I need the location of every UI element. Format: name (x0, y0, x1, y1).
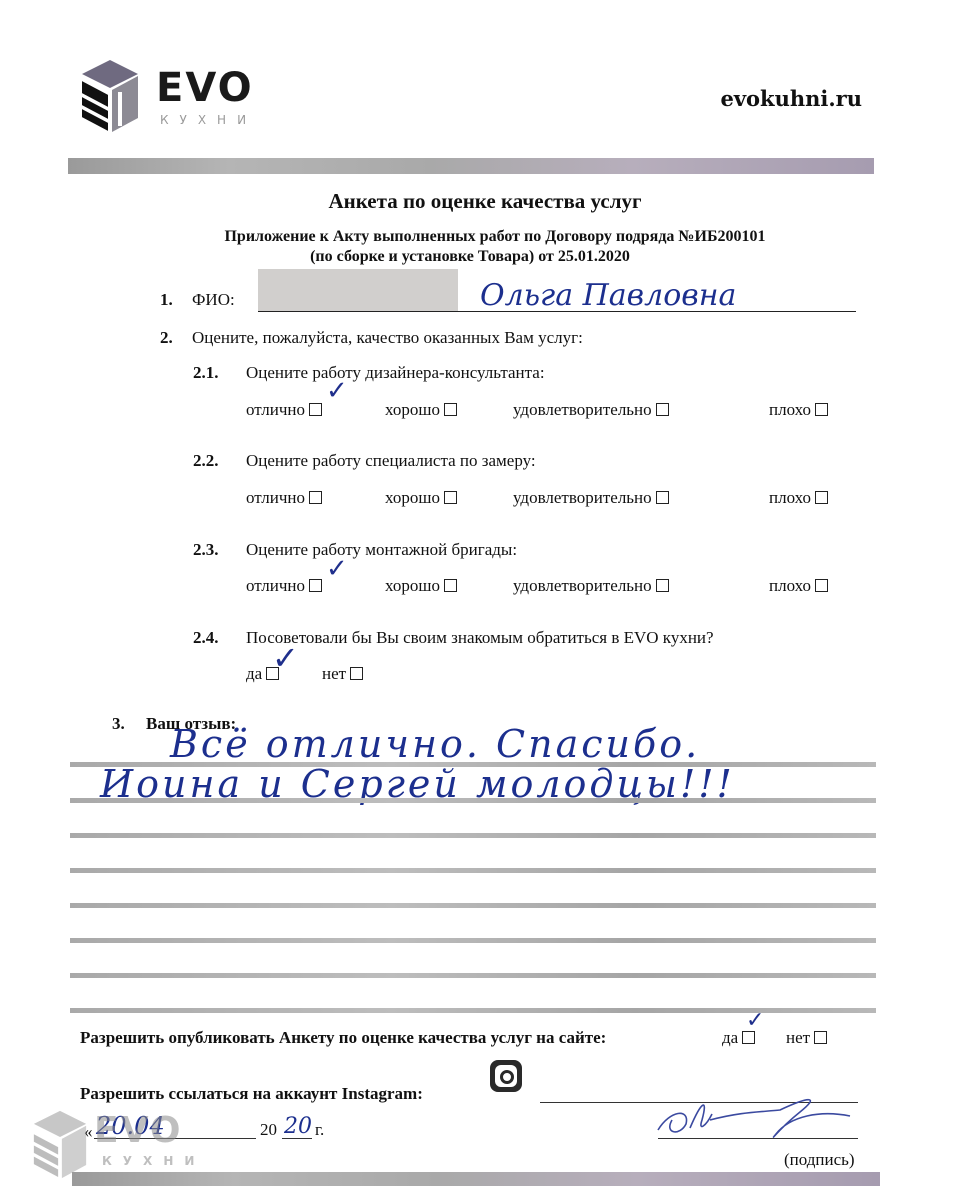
q2-2-number: 2.2. (193, 451, 219, 471)
option-label: удовлетворительно (513, 400, 652, 419)
q2-2-option-bad[interactable]: плохо (769, 488, 828, 508)
feedback-rule (70, 973, 876, 978)
date-year-field[interactable]: 20 (284, 1114, 312, 1139)
q2-3-number: 2.3. (193, 540, 219, 560)
instagram-label: Разрешить ссылаться на аккаунт Instagram… (80, 1084, 423, 1104)
feedback-rule (70, 798, 876, 803)
checkbox[interactable] (444, 579, 457, 592)
q2-3-option-satisfactory[interactable]: удовлетворительно (513, 576, 669, 596)
watermark-text: EVO (94, 1110, 182, 1151)
q2-3-option-good[interactable]: хорошо (385, 576, 457, 596)
signature-caption: (подпись) (784, 1150, 855, 1170)
fio-field[interactable]: Ольга Павловна (480, 278, 736, 313)
q1-number: 1. (160, 290, 173, 310)
checkbox[interactable] (444, 491, 457, 504)
date-year-prefix: 20 (260, 1120, 277, 1140)
option-label: плохо (769, 576, 811, 595)
signature-line[interactable] (658, 1138, 858, 1139)
q2-4-option-no[interactable]: нет (322, 664, 363, 684)
option-label: плохо (769, 488, 811, 507)
checkmark-icon: ✓ (272, 642, 299, 674)
q2-4-number: 2.4. (193, 628, 219, 648)
q2-2-option-excellent[interactable]: отлично (246, 488, 322, 508)
option-label: да (246, 664, 262, 683)
checkmark-icon: ✓ (746, 1010, 764, 1032)
checkbox[interactable] (814, 1031, 827, 1044)
q1-label: ФИО: (192, 290, 235, 310)
option-label: да (722, 1028, 738, 1047)
option-label: отлично (246, 576, 305, 595)
feedback-rule (70, 868, 876, 873)
q2-3-option-bad[interactable]: плохо (769, 576, 828, 596)
option-label: нет (322, 664, 346, 683)
q2-1-label: Оцените работу дизайнера-консультанта: (246, 363, 545, 383)
form-title: Анкета по оценке качества услуг (0, 189, 970, 214)
feedback-rule (70, 762, 876, 767)
q2-number: 2. (160, 328, 173, 348)
q2-1-option-good[interactable]: хорошо (385, 400, 457, 420)
checkbox[interactable] (656, 403, 669, 416)
watermark-subtext: КУХНИ (102, 1154, 205, 1168)
checkbox-checked[interactable] (309, 403, 322, 416)
checkbox[interactable] (815, 579, 828, 592)
q2-3-label: Оцените работу монтажной бригады: (246, 540, 517, 560)
logo-text: EVO (156, 68, 254, 108)
q2-2-option-good[interactable]: хорошо (385, 488, 457, 508)
q2-1-option-satisfactory[interactable]: удовлетворительно (513, 400, 669, 420)
redacted-surname (258, 269, 458, 311)
form-subtitle-1: Приложение к Акту выполненных работ по Д… (0, 228, 970, 246)
checkbox[interactable] (656, 579, 669, 592)
q2-label: Оцените, пожалуйста, качество оказанных … (192, 328, 583, 348)
evo-logo: EVO КУХНИ (80, 58, 280, 138)
q2-1-option-bad[interactable]: плохо (769, 400, 828, 420)
checkbox[interactable] (309, 491, 322, 504)
q2-1-option-excellent[interactable]: отлично (246, 400, 322, 420)
checkmark-icon: ✓ (326, 378, 348, 404)
option-label: отлично (246, 488, 305, 507)
instagram-icon (490, 1060, 522, 1092)
feedback-rule (70, 938, 876, 943)
option-label: плохо (769, 400, 811, 419)
option-label: нет (786, 1028, 810, 1047)
date-year-unit: г. (315, 1120, 324, 1140)
feedback-line-1[interactable]: Всё отлично. Спасибо. (170, 722, 700, 766)
logo-subtext: КУХНИ (160, 114, 257, 126)
checkbox[interactable] (350, 667, 363, 680)
cube-logo-icon (80, 58, 140, 133)
feedback-rule (70, 903, 876, 908)
feedback-rule (70, 833, 876, 838)
publish-label: Разрешить опубликовать Анкету по оценке … (80, 1028, 606, 1048)
checkmark-icon: ✓ (326, 556, 348, 582)
q2-4-label: Посоветовали бы Вы своим знакомым обрати… (246, 628, 714, 648)
cube-watermark-icon (32, 1108, 88, 1180)
signature-scribble (650, 1090, 870, 1150)
form-subtitle-2: (по сборке и установке Товара) от 25.01.… (0, 248, 940, 266)
q2-2-label: Оцените работу специалиста по замеру: (246, 451, 536, 471)
checkbox[interactable] (815, 491, 828, 504)
checkbox-checked[interactable] (309, 579, 322, 592)
q2-1-number: 2.1. (193, 363, 219, 383)
publish-option-no[interactable]: нет (786, 1028, 827, 1048)
q2-3-option-excellent[interactable]: отлично (246, 576, 322, 596)
q3-number: 3. (112, 714, 125, 734)
checkbox[interactable] (444, 403, 457, 416)
checkbox[interactable] (815, 403, 828, 416)
option-label: хорошо (385, 400, 440, 419)
option-label: отлично (246, 400, 305, 419)
option-label: удовлетворительно (513, 488, 652, 507)
option-label: удовлетворительно (513, 576, 652, 595)
q2-2-option-satisfactory[interactable]: удовлетворительно (513, 488, 669, 508)
header-divider (68, 158, 874, 174)
option-label: хорошо (385, 488, 440, 507)
option-label: хорошо (385, 576, 440, 595)
checkbox[interactable] (656, 491, 669, 504)
year-underline (282, 1138, 312, 1139)
footer-divider (72, 1172, 880, 1186)
website-link[interactable]: evokuhni.ru (720, 86, 862, 111)
